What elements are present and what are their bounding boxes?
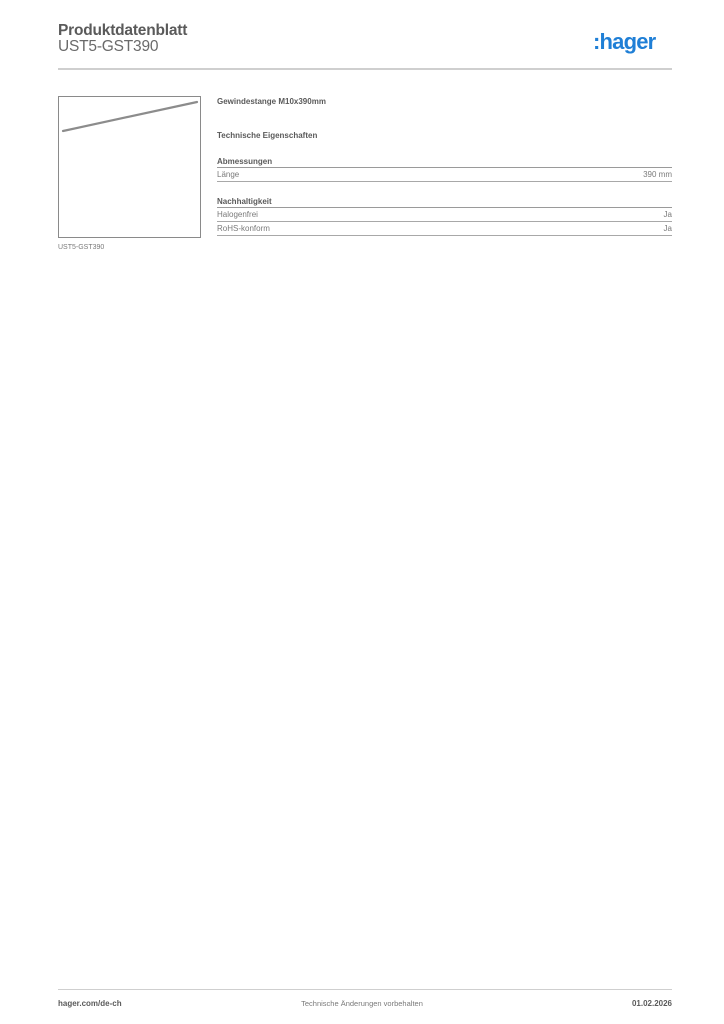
spec-value: Ja [664, 208, 672, 221]
header-divider [58, 68, 672, 70]
section-title: Technische Eigenschaften [217, 131, 317, 140]
spec-group-abmessungen: Abmessungen Länge 390 mm [217, 156, 672, 182]
product-code: UST5-GST390 [58, 38, 158, 56]
spec-label: Länge [217, 168, 239, 181]
spec-label: RoHS-konform [217, 222, 270, 235]
image-caption: UST5-GST390 [58, 244, 104, 251]
spec-value: 390 mm [643, 168, 672, 181]
footer-divider [58, 989, 672, 990]
hager-logo: :hager [593, 29, 655, 55]
threaded-rod-icon [59, 97, 202, 239]
product-image [58, 96, 201, 238]
group-title: Nachhaltigkeit [217, 196, 672, 208]
spec-group-nachhaltigkeit: Nachhaltigkeit Halogenfrei Ja RoHS-konfo… [217, 196, 672, 236]
footer-date: 01.02.2026 [632, 999, 672, 1008]
spec-value: Ja [664, 222, 672, 235]
group-title: Abmessungen [217, 156, 672, 168]
spec-row: Halogenfrei Ja [217, 208, 672, 222]
footer-notice: Technische Änderungen vorbehalten [0, 999, 724, 1008]
spec-row: RoHS-konform Ja [217, 222, 672, 236]
spec-label: Halogenfrei [217, 208, 258, 221]
product-name: Gewindestange M10x390mm [217, 97, 326, 106]
spec-row: Länge 390 mm [217, 168, 672, 182]
